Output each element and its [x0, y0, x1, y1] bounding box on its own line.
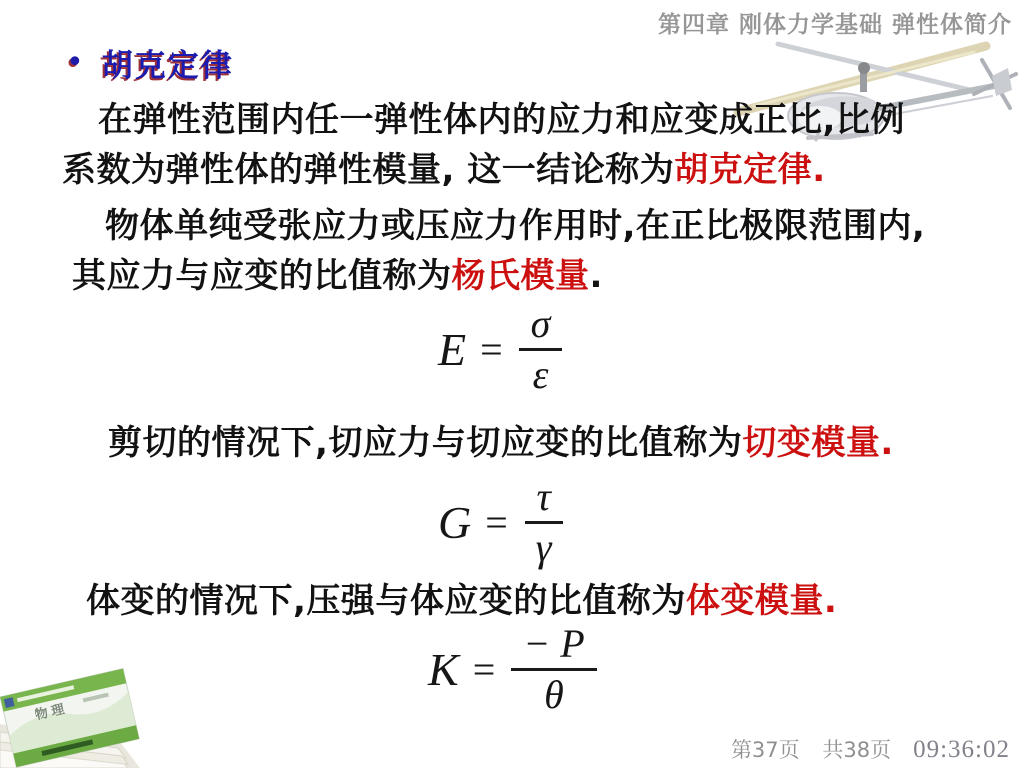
text-period: . [590, 256, 603, 296]
paragraph-line: 物体单纯受张应力或压应力作用时,在正比极限范围内, [72, 201, 925, 251]
text-period: . [824, 581, 837, 621]
text-red-shear: 切变模量 [742, 423, 880, 463]
paragraph-line: 在弹性范围内任一弹性体内的应力和应变成正比,比例 [62, 95, 905, 145]
denominator-gamma: γ [524, 524, 564, 569]
formula-lhs: K [428, 643, 459, 696]
fraction: σ ε [519, 303, 563, 396]
equals-sign: = [473, 646, 496, 693]
paragraph-bulk-modulus: 体变的情况下,压强与体应变的比值称为体变模量. [86, 576, 837, 626]
bullet-title: 胡克定律 [102, 40, 234, 85]
textbook-image: 物 理 [0, 646, 140, 768]
bullet-icon: • [66, 45, 84, 80]
text-black: 剪切的情况下,切应力与切应变的比值称为 [108, 423, 742, 463]
formula-shear-modulus: G = τ γ [438, 476, 564, 569]
fraction: τ γ [524, 476, 564, 569]
formula-young-modulus: E = σ ε [438, 303, 562, 396]
numerator-sigma: σ [519, 303, 563, 351]
paragraph-line: 系数为弹性体的弹性模量, 这一结论称为胡克定律. [62, 145, 905, 195]
text-period: . [812, 150, 825, 190]
fraction: − P θ [511, 623, 596, 716]
page-current: 第37页 [731, 738, 800, 762]
text-red-bulk: 体变模量 [686, 581, 824, 621]
paragraph-line: 其应力与应变的比值称为杨氏模量. [72, 251, 925, 301]
text-black: 其应力与应变的比值称为 [72, 256, 452, 296]
clock-time: 09:36:02 [913, 736, 1010, 764]
formula-lhs: G [438, 496, 471, 549]
formula-lhs: E [438, 323, 466, 376]
paragraph-hooke-law: 在弹性范围内任一弹性体内的应力和应变成正比,比例 系数为弹性体的弹性模量, 这一… [62, 95, 905, 195]
footer: 第37页 共38页 09:36:02 [715, 734, 1010, 764]
text-black: 在弹性范围内任一弹性体内的应力和应变成正比,比例 [98, 100, 905, 140]
text-period: . [880, 423, 893, 463]
numerator-tau: τ [525, 476, 563, 524]
paragraph-shear-modulus: 剪切的情况下,切应力与切应变的比值称为切变模量. [108, 418, 894, 468]
chapter-header: 第四章 刚体力学基础 弹性体简介 [658, 6, 1012, 39]
text-red-young: 杨氏模量 [452, 256, 590, 296]
equals-sign: = [485, 499, 508, 546]
page-indicator: 第37页 共38页 [715, 734, 891, 764]
text-black: 体变的情况下,压强与体应变的比值称为 [86, 581, 686, 621]
paragraph-young-modulus: 物体单纯受张应力或压应力作用时,在正比极限范围内, 其应力与应变的比值称为杨氏模… [72, 201, 925, 301]
formula-bulk-modulus: K = − P θ [428, 623, 597, 716]
denominator-theta: θ [532, 671, 576, 716]
text-black: 系数为弹性体的弹性模量, 这一结论称为 [62, 150, 674, 190]
bullet-row: • 胡克定律 [66, 40, 234, 85]
text-black: 物体单纯受张应力或压应力作用时,在正比极限范围内, [105, 206, 925, 246]
numerator-minus-p: − P [511, 623, 596, 671]
slide-background: 第四章 刚体力学基础 弹性体简介 • 胡克定律 在弹性范围内任一弹性体内的应力 [0, 0, 1024, 768]
text-red-hooke: 胡克定律 [674, 150, 812, 190]
page-total: 共38页 [822, 738, 891, 762]
equals-sign: = [480, 326, 503, 373]
denominator-epsilon: ε [521, 351, 561, 396]
